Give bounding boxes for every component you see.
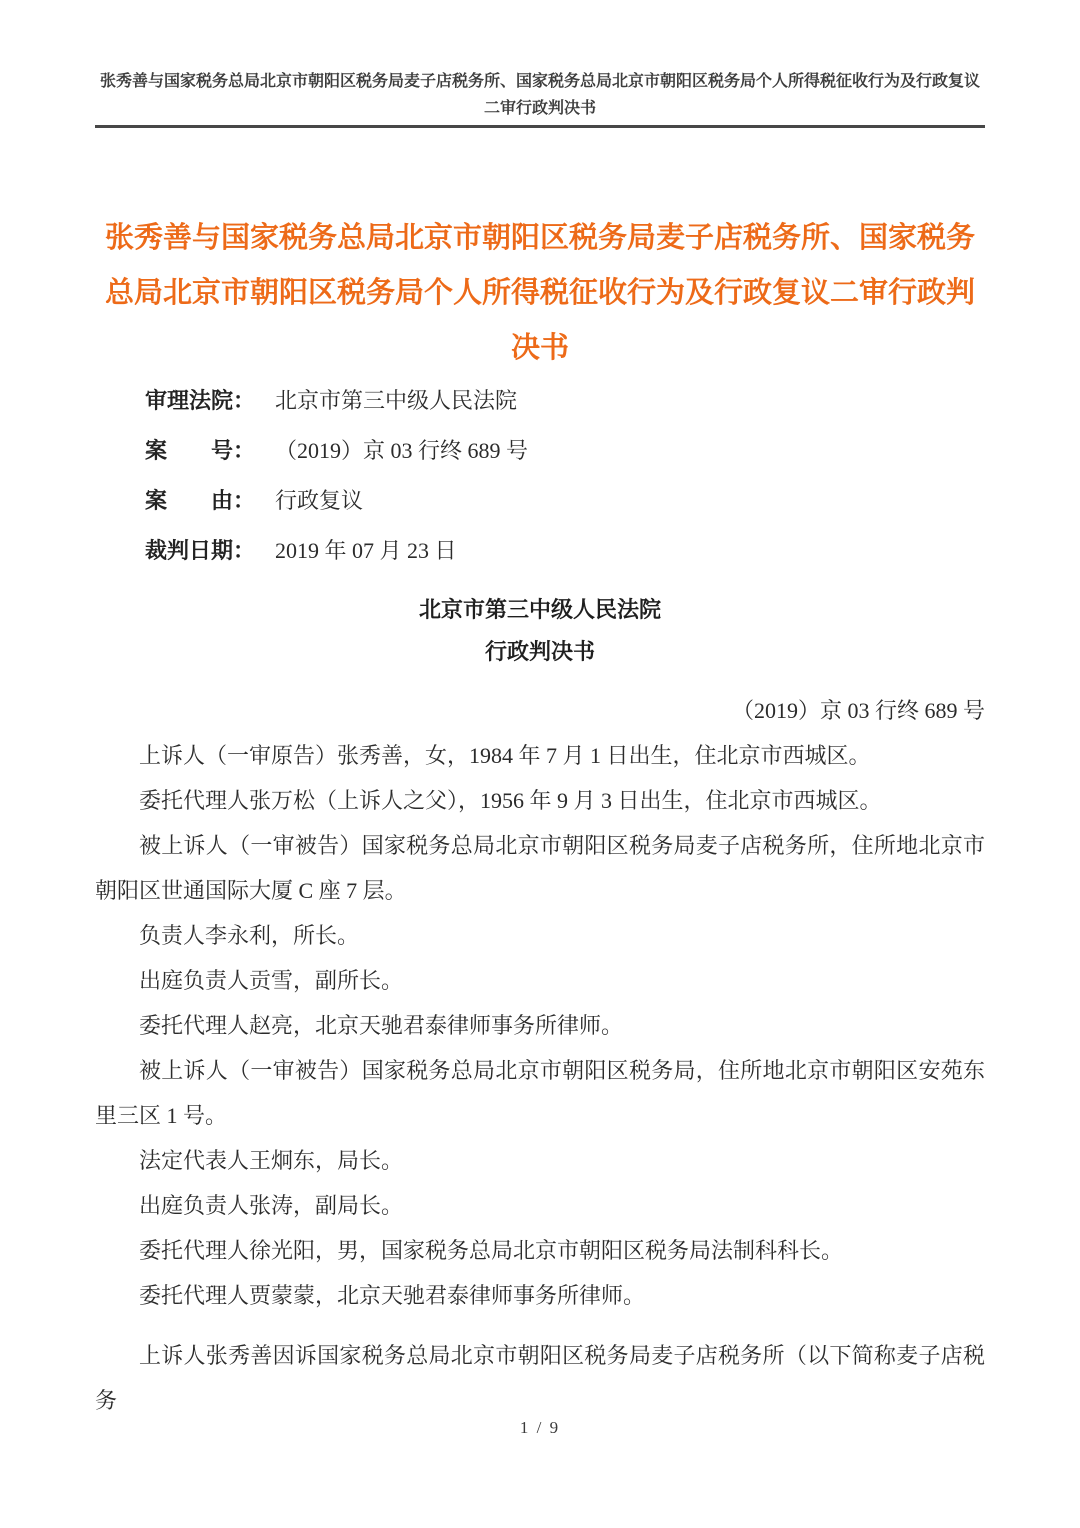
document-title: 张秀善与国家税务总局北京市朝阳区税务局麦子店税务所、国家税务总局北京市朝阳区税务…: [95, 211, 985, 376]
page-indicator: 1 / 9: [0, 1416, 1080, 1440]
document-body: 上诉人（一审原告）张秀善，女，1984 年 7 月 1 日出生，住北京市西城区。…: [95, 733, 985, 1423]
meta-value: 北京市第三中级人民法院: [275, 376, 517, 426]
meta-row-cause: 案 由： 行政复议: [145, 476, 985, 526]
meta-label: 案 号：: [145, 426, 255, 476]
meta-row-case-number: 案 号： （2019）京 03 行终 689 号: [145, 426, 985, 476]
body-paragraph: 委托代理人徐光阳，男，国家税务总局北京市朝阳区税务局法制科科长。: [95, 1228, 985, 1273]
meta-section: 审理法院： 北京市第三中级人民法院 案 号： （2019）京 03 行终 689…: [145, 376, 985, 576]
meta-value: （2019）京 03 行终 689 号: [275, 426, 528, 476]
body-paragraph: 上诉人张秀善因诉国家税务总局北京市朝阳区税务局麦子店税务所（以下简称麦子店税务: [95, 1333, 985, 1423]
meta-label: 审理法院：: [145, 376, 255, 426]
meta-row-court: 审理法院： 北京市第三中级人民法院: [145, 376, 985, 426]
meta-row-judgment-date: 裁判日期： 2019 年 07 月 23 日: [145, 526, 985, 576]
body-paragraph: 委托代理人贾蒙蒙，北京天驰君泰律师事务所律师。: [95, 1273, 985, 1318]
body-paragraph: 上诉人（一审原告）张秀善，女，1984 年 7 月 1 日出生，住北京市西城区。: [95, 733, 985, 778]
body-paragraph: 委托代理人张万松（上诉人之父），1956 年 9 月 3 日出生，住北京市西城区…: [95, 778, 985, 823]
running-header-text: 张秀善与国家税务总局北京市朝阳区税务局麦子店税务所、国家税务总局北京市朝阳区税务…: [95, 68, 985, 122]
body-paragraph: 委托代理人赵亮，北京天驰君泰律师事务所律师。: [95, 1003, 985, 1048]
running-header: 张秀善与国家税务总局北京市朝阳区税务局麦子店税务所、国家税务总局北京市朝阳区税务…: [95, 0, 985, 128]
body-paragraph: 法定代表人王炯东，局长。: [95, 1138, 985, 1183]
document-page: 张秀善与国家税务总局北京市朝阳区税务局麦子店税务所、国家税务总局北京市朝阳区税务…: [0, 0, 1080, 1528]
court-name-heading: 北京市第三中级人民法院: [95, 589, 985, 631]
body-paragraph: 被上诉人（一审被告）国家税务总局北京市朝阳区税务局，住所地北京市朝阳区安苑东里三…: [95, 1048, 985, 1138]
meta-value: 行政复议: [275, 476, 363, 526]
body-paragraph: 负责人李永利，所长。: [95, 913, 985, 958]
meta-value: 2019 年 07 月 23 日: [275, 526, 457, 576]
body-paragraph: 出庭负责人张涛，副局长。: [95, 1183, 985, 1228]
case-number-line: （2019）京 03 行终 689 号: [95, 688, 985, 733]
document-type-heading: 行政判决书: [95, 631, 985, 673]
meta-label: 裁判日期：: [145, 526, 255, 576]
body-paragraph: 出庭负责人贡雪，副所长。: [95, 958, 985, 1003]
body-paragraph: 被上诉人（一审被告）国家税务总局北京市朝阳区税务局麦子店税务所，住所地北京市朝阳…: [95, 823, 985, 913]
meta-label: 案 由：: [145, 476, 255, 526]
